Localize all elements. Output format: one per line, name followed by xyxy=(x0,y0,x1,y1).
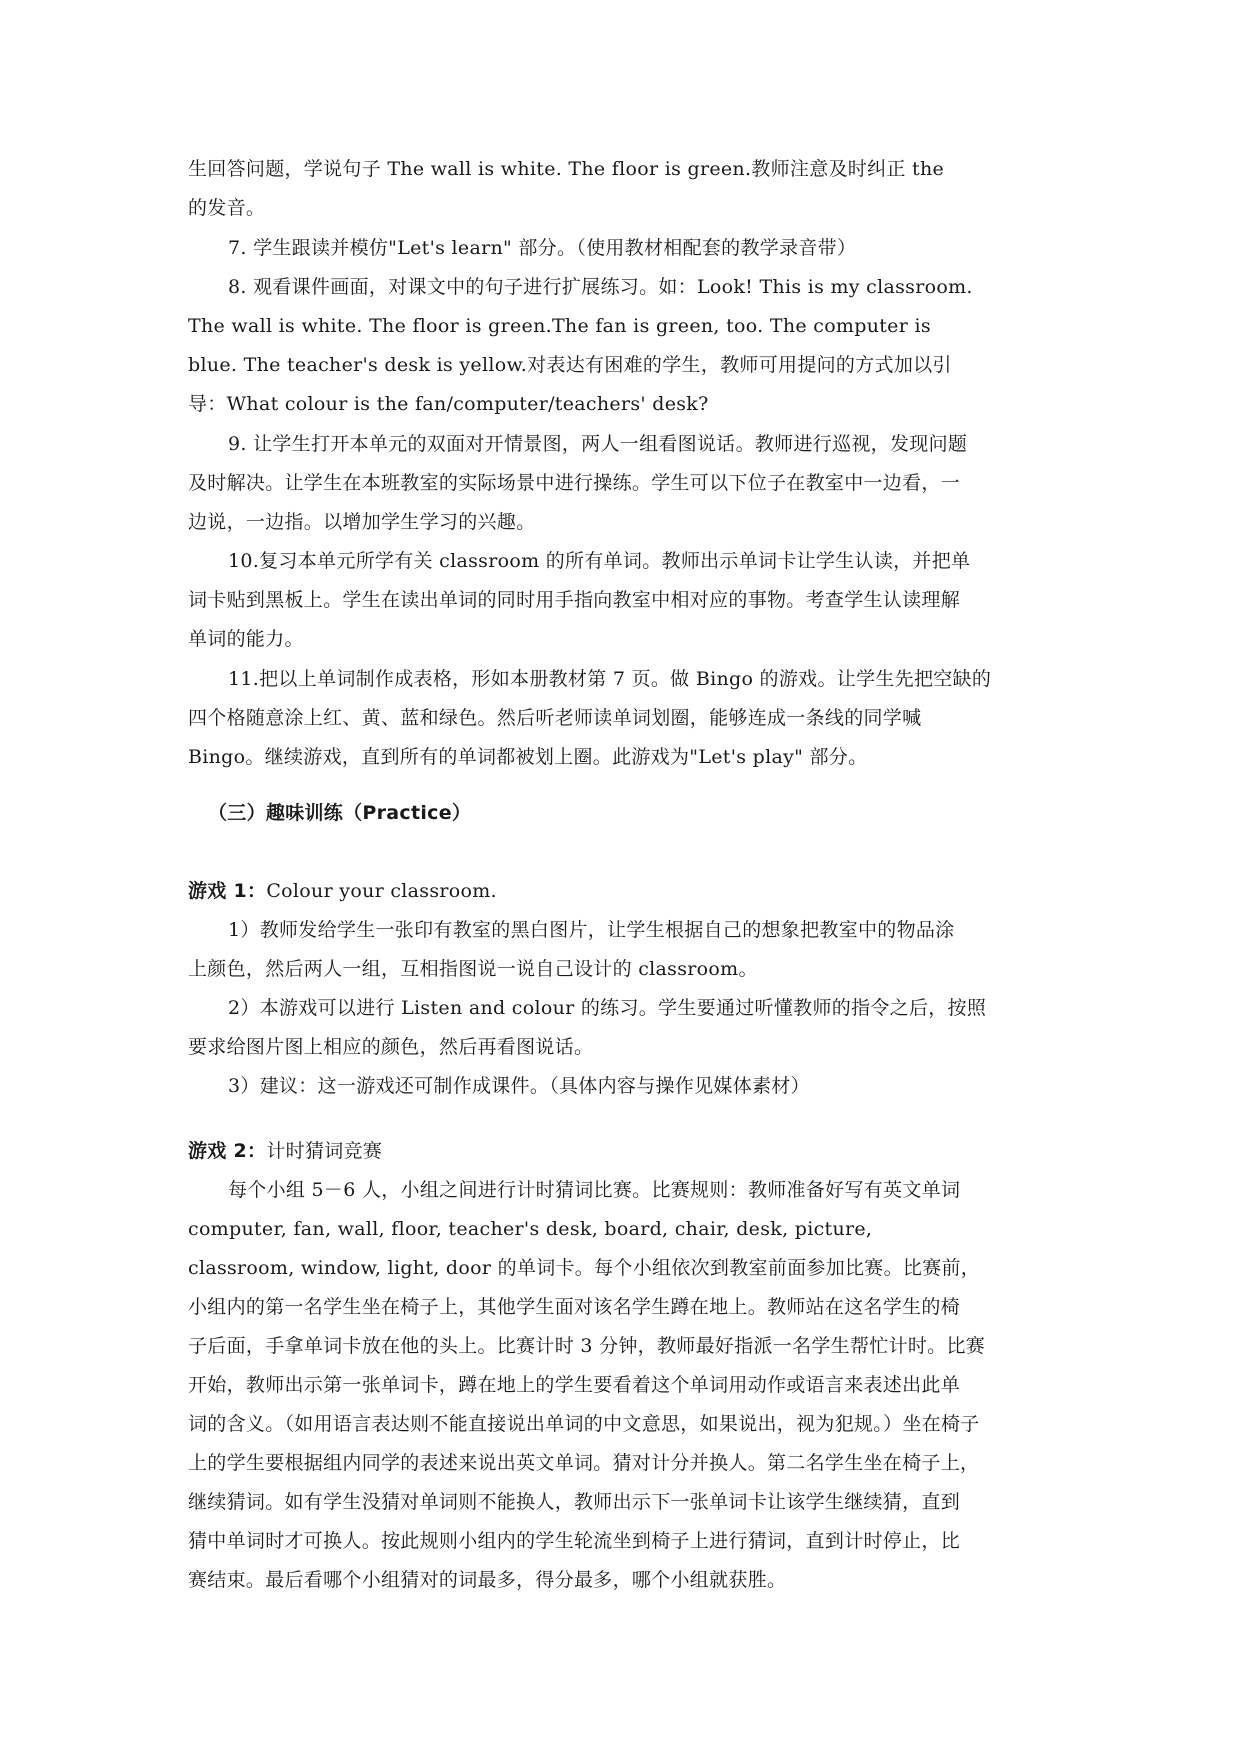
text-line: 11.把以上单词制作成表格，形如本册教材第 7 页。做 Bingo 的游戏。让学… xyxy=(228,667,991,691)
game2-text-line: 继续猜词。如有学生没猜对单词则不能换人，教师出示下一张单词卡让该学生继续猜，直到 xyxy=(188,1490,960,1514)
text-line: 及时解决。让学生在本班教室的实际场景中进行操练。学生可以下位子在教室中一边看，一 xyxy=(188,471,960,495)
game1-title: Colour your classroom. xyxy=(266,880,497,902)
game2-text-line: classroom, window, light, door 的单词卡。每个小组… xyxy=(188,1256,980,1280)
game2-text-line: 词的含义。（如用语言表达则不能直接说出单词的中文意思，如果说出，视为犯规。）坐在… xyxy=(188,1412,980,1436)
text-line: 导：What colour is the fan/computer/teache… xyxy=(188,392,709,416)
game2-text-line: 子后面，手拿单词卡放在他的头上。比赛计时 3 分钟，教师最好指派一名学生帮忙计时… xyxy=(188,1334,985,1358)
text-line: 8. 观看课件画面，对课文中的句子进行扩展练习。如：Look! This is … xyxy=(228,275,973,299)
game1-text-line: 要求给图片图上相应的颜色，然后再看图说话。 xyxy=(188,1035,593,1059)
game2-text-line: 每个小组 5－6 人，小组之间进行计时猜词比赛。比赛规则：教师准备好写有英文单词 xyxy=(228,1178,960,1202)
game1-label: 游戏 1： xyxy=(188,880,266,902)
game2-label: 游戏 2： xyxy=(188,1140,266,1162)
text-line: 7. 学生跟读并模仿"Let's learn" 部分。（使用教材相配套的教学录音… xyxy=(228,236,856,260)
game1-header: 游戏 1：Colour your classroom. xyxy=(188,879,497,903)
text-line: The wall is white. The floor is green.Th… xyxy=(188,314,931,338)
game2-text-line: 开始，教师出示第一张单词卡，蹲在地上的学生要看着这个单词用动作或语言来表述出此单 xyxy=(188,1373,960,1397)
game1-text-line: 1）教师发给学生一张印有教室的黑白图片，让学生根据自己的想象把教室中的物品涂 xyxy=(228,918,955,942)
text-line: 四个格随意涂上红、黄、蓝和绿色。然后听老师读单词划圈，能够连成一条线的同学喊 xyxy=(188,706,921,730)
text-line: 9. 让学生打开本单元的双面对开情景图，两人一组看图说话。教师进行巡视，发现问题 xyxy=(228,432,967,456)
game2-text-line: 小组内的第一名学生坐在椅子上，其他学生面对该名学生蹲在地上。教师站在这名学生的椅 xyxy=(188,1295,960,1319)
text-line: 的发音。 xyxy=(188,196,265,220)
game1-text-line: 2）本游戏可以进行 Listen and colour 的练习。学生要通过听懂教… xyxy=(228,996,986,1020)
game2-text-line: 猜中单词时才可换人。按此规则小组内的学生轮流坐到椅子上进行猜词，直到计时停止，比 xyxy=(188,1529,960,1553)
game2-header: 游戏 2：计时猜词竞赛 xyxy=(188,1139,382,1163)
game2-title: 计时猜词竞赛 xyxy=(266,1140,382,1162)
game2-text-line: 赛结束。最后看哪个小组猜对的词最多，得分最多，哪个小组就获胜。 xyxy=(188,1568,786,1592)
game1-text-line: 上颜色，然后两人一组，互相指图说一说自己设计的 classroom。 xyxy=(188,957,758,981)
section-heading-practice: （三）趣味训练（Practice） xyxy=(208,801,471,825)
text-line: blue. The teacher's desk is yellow.对表达有困… xyxy=(188,353,952,377)
text-line: 边说，一边指。以增加学生学习的兴趣。 xyxy=(188,510,535,534)
game1-text-line: 3）建议：这一游戏还可制作成课件。（具体内容与操作见媒体素材） xyxy=(228,1074,810,1098)
text-line: 单词的能力。 xyxy=(188,627,304,651)
document-page: 生回答问题，学说句子 The wall is white. The floor … xyxy=(0,0,1241,1754)
text-line: 词卡贴到黑板上。学生在读出单词的同时用手指向教室中相对应的事物。考查学生认读理解 xyxy=(188,588,960,612)
text-line: Bingo。继续游戏，直到所有的单词都被划上圈。此游戏为"Let's play"… xyxy=(188,745,867,769)
text-line: 生回答问题，学说句子 The wall is white. The floor … xyxy=(188,157,944,181)
text-line: 10.复习本单元所学有关 classroom 的所有单词。教师出示单词卡让学生认… xyxy=(228,549,970,573)
game2-text-line: computer, fan, wall, floor, teacher's de… xyxy=(188,1217,872,1241)
game2-text-line: 上的学生要根据组内同学的表述来说出英文单词。猜对计分并换人。第二名学生坐在椅子上… xyxy=(188,1451,979,1475)
